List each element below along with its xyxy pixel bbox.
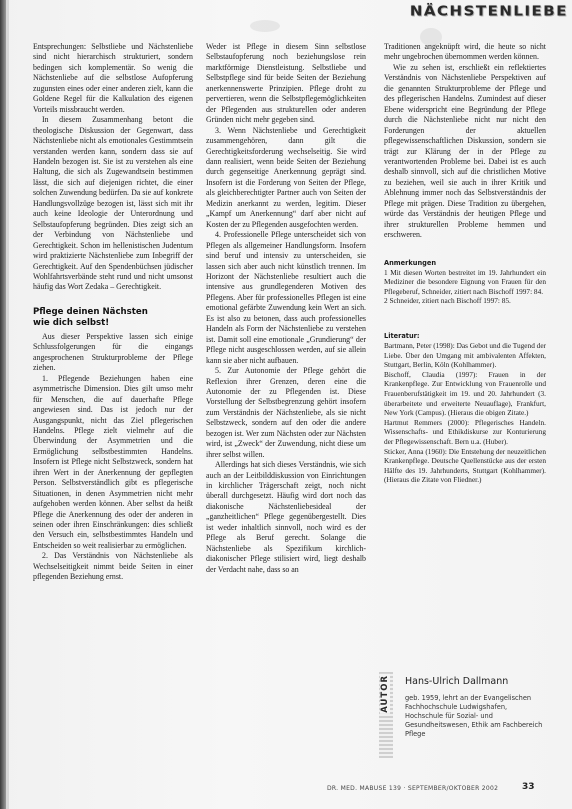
article-column-3: Traditionen angeknüpft wird, die heute s… [384, 42, 546, 485]
footnote: 1 Mit diesen Worten bestreitet im 19. Ja… [384, 268, 546, 297]
paragraph: In diesem Zusammenhang betont die theolo… [33, 115, 193, 293]
literature-entry: Bartmann, Peter (1998): Das Gebot und di… [384, 341, 546, 370]
author-bio: geb. 1959, lehrt an der Evangelischen Fa… [405, 694, 545, 739]
paragraph: 4. Professionelle Pflege unterscheidet s… [206, 230, 366, 366]
author-tag-strip: AUTOR [379, 672, 393, 758]
paragraph: Wie zu sehen ist, erschließt ein reflekt… [384, 63, 546, 241]
notes-heading: Anmerkungen [384, 259, 546, 268]
paragraph: Weder ist Pflege in diesem Sinn selbstlo… [206, 42, 366, 126]
article-column-2: Weder ist Pflege in diesem Sinn selbstlo… [206, 42, 366, 575]
paragraph: 3. Wenn Nächstenliebe und Gerechtigkeit … [206, 126, 366, 231]
page-number: 33 [522, 782, 535, 792]
magazine-page: NÄCHSTENLIEBE Entsprechungen: Selbstlieb… [0, 0, 572, 809]
literature-entry: Sticker, Anna (1960): Die Entstehung der… [384, 447, 546, 485]
paragraph: Traditionen angeknüpft wird, die heute s… [384, 42, 546, 63]
scan-smudge [250, 20, 280, 32]
literature-heading: Literatur: [384, 332, 546, 341]
scan-binding-edge [0, 0, 6, 809]
section-title: NÄCHSTENLIEBE [410, 3, 568, 19]
literature-entry: Hartmut Remmers (2000): Pflegerisches Ha… [384, 418, 546, 447]
subheading-line-1: Pflege deinen Nächsten [33, 307, 193, 318]
paragraph: 2. Das Verständnis von Nächstenliebe als… [33, 551, 193, 582]
author-tag-label: AUTOR [380, 674, 390, 714]
paragraph: Aus dieser Perspektive lassen sich einig… [33, 332, 193, 374]
author-name: Hans-Ulrich Dallmann [405, 676, 508, 687]
footnote: 2 Schneider, zitiert nach Bischoff 1997:… [384, 296, 546, 306]
paragraph: 5. Zur Autonomie der Pflege gehört die R… [206, 366, 366, 460]
paragraph: Entsprechungen: Selbstliebe und Nächsten… [33, 42, 193, 115]
paragraph: Allerdings hat sich dieses Verständnis, … [206, 460, 366, 575]
literature-entry: Bischoff, Claudia (1997): Frauen in der … [384, 370, 546, 418]
subheading: Pflege deinen Nächsten wie dich selbst! [33, 307, 193, 329]
publication-footer: DR. MED. MABUSE 139 · SEPTEMBER/OKTOBER … [327, 785, 498, 792]
article-column-1: Entsprechungen: Selbstliebe und Nächsten… [33, 42, 193, 583]
author-box: AUTOR Hans-Ulrich Dallmann geb. 1959, le… [379, 672, 549, 760]
paragraph: 1. Pflegende Beziehungen haben eine asym… [33, 374, 193, 552]
subheading-line-2: wie dich selbst! [33, 318, 193, 329]
